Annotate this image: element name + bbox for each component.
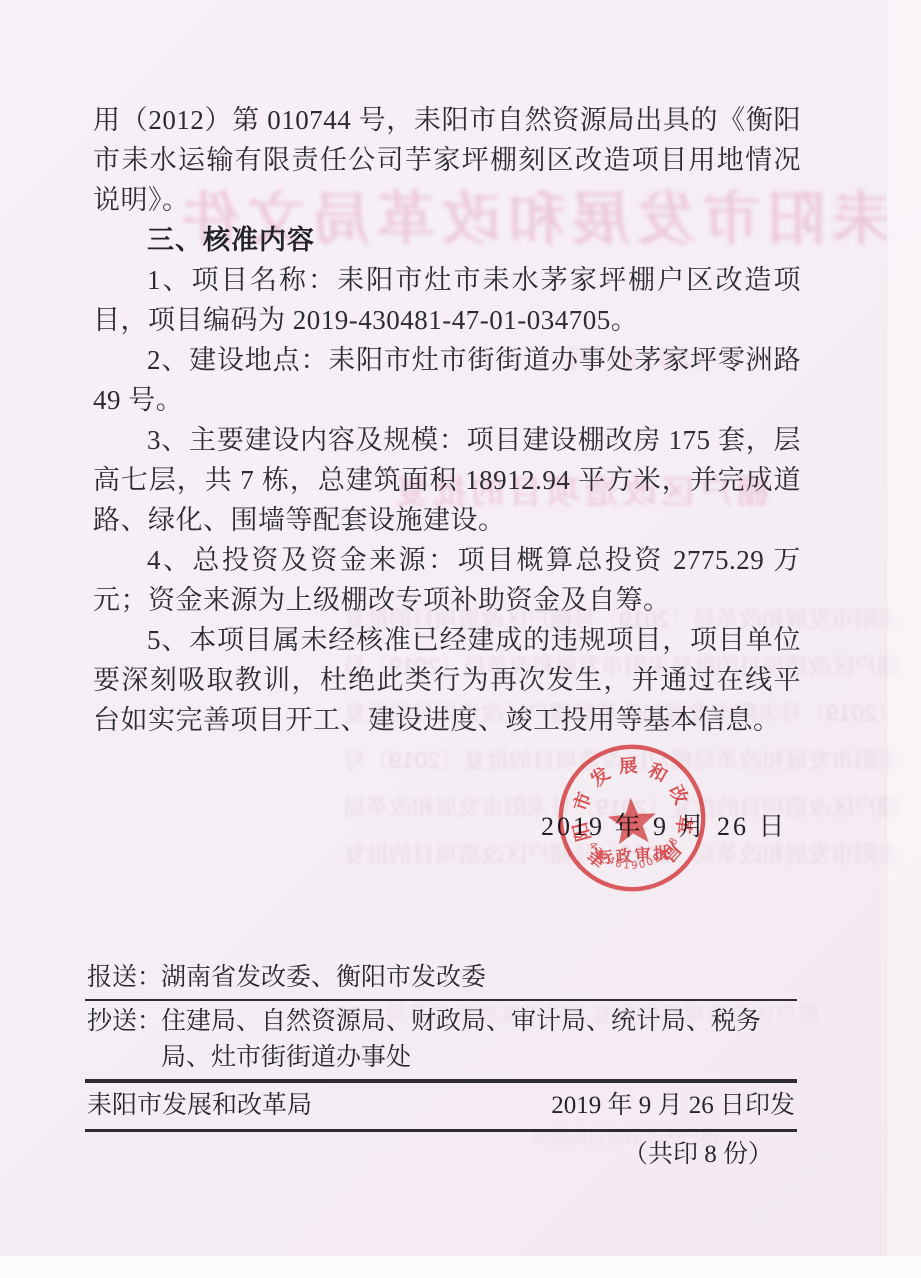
document-body: 用（2012）第 010744 号，耒阳市自然资源局出具的《衡阳市耒水运输有限责… [93, 100, 801, 740]
bleedthrough-line: 耒阳市发展和改革局棚户区改造项目的批复〔2019〕号 [55, 737, 900, 784]
cc-row: 抄送： 住建局、自然资源局、财政局、审计局、统计局、税务局、灶市街街道办事处 [85, 1004, 797, 1076]
seal-ring-char: 发 [585, 762, 614, 791]
footer-block: 报送： 湖南省发改委、衡阳市发改委 抄送： 住建局、自然资源局、财政局、审计局、… [85, 960, 797, 1175]
scan-edge-right [886, 0, 921, 1278]
approval-item-2: 2、建设地点：耒阳市灶市街街道办事处茅家坪零洲路 49 号。 [93, 340, 801, 420]
cc-label: 抄送： [87, 1004, 162, 1040]
seal-ring-char: 和 [645, 759, 671, 786]
scan-edge-bottom [0, 1256, 921, 1278]
seal-ring-char: 市 [569, 789, 595, 814]
copies-row: （共印 8 份） [85, 1135, 797, 1175]
seal-ring-char: 革 [672, 814, 695, 835]
seal-ring-char: 展 [618, 755, 638, 777]
cc-value: 住建局、自然资源局、财政局、审计局、统计局、税务局、灶市街街道办事处 [161, 1008, 761, 1071]
scanned-document-page: 耒阳市发展和改革局文件 〔2019〕号 棚户区改造项目的批复 耒阳市发展和改革局… [0, 0, 921, 1278]
footer-divider-thick [85, 1079, 797, 1083]
seal-ring-char: 改 [665, 782, 692, 808]
seal-ring-char: 阳 [569, 820, 594, 843]
official-seal: 耒阳市发展和改革局 行政审批 4304819005678 [546, 735, 718, 902]
continuation-paragraph: 用（2012）第 010744 号，耒阳市自然资源局出具的《衡阳市耒水运输有限责… [93, 100, 801, 220]
report-to-row: 报送： 湖南省发改委、衡阳市发改委 [85, 960, 797, 996]
footer-divider-bottom [85, 1129, 797, 1133]
issuer-row: 耒阳市发展和改革局 2019 年 9 月 26 日印发 [85, 1086, 797, 1126]
issuing-agency: 耒阳市发展和改革局 [87, 1086, 312, 1126]
approval-item-3: 3、主要建设内容及规模：项目建设棚改房 175 套，层高七层，共 7 栋，总建筑… [93, 420, 801, 540]
copies-note: （共印 8 份） [623, 1141, 773, 1168]
approval-item-4: 4、总投资及资金来源：项目概算总投资 2775.29 万元；资金来源为上级棚改专… [93, 540, 801, 620]
section-heading: 三、核准内容 [93, 220, 801, 260]
report-to-label: 报送： [87, 960, 162, 996]
approval-item-1: 1、项目名称：耒阳市灶市耒水茅家坪棚户区改造项目，项目编码为 2019-4304… [93, 260, 801, 340]
footer-divider [85, 999, 797, 1001]
print-date: 2019 年 9 月 26 日印发 [551, 1086, 795, 1126]
seal-star-icon [607, 796, 658, 845]
approval-item-5: 5、本项目属未经核准已经建成的违规项目，项目单位要深刻吸取教训，杜绝此类行为再次… [93, 620, 801, 740]
report-to-value: 湖南省发改委、衡阳市发改委 [161, 964, 486, 991]
